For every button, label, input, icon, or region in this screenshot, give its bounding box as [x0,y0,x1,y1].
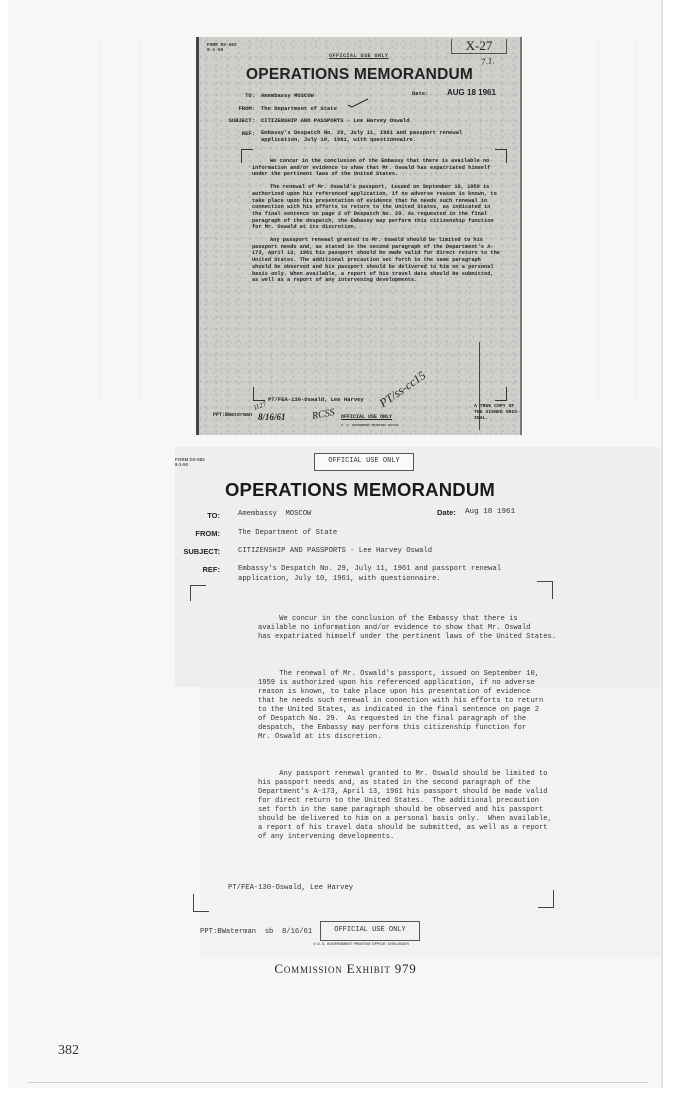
from-label: FROM: [160,529,220,538]
paragraph: We concur in the conclusion of the Embas… [252,158,500,178]
paragraph: The renewal of Mr. Oswald's passport, is… [252,184,500,231]
paragraph: The renewal of Mr. Oswald's passport, is… [258,670,558,743]
subject-value: CITIZENSHIP AND PASSPORTS - Lee Harvey O… [261,117,410,124]
to-label: TO: [209,92,255,99]
form-number: FORM DS-682 8-1-50 [207,43,237,53]
page-number: 382 [58,1043,79,1059]
corner-mark [193,894,209,912]
from-value: The Department of State [238,528,337,538]
date-value: Aug 18 1961 [465,508,515,516]
bleed-through-line [636,40,637,400]
bleed-through-line [140,40,141,400]
corner-mark [538,890,554,908]
classification-header: OFFICIAL USE ONLY [329,53,389,59]
paragraph: We concur in the conclusion of the Embas… [258,615,558,642]
gpo-line: ☆ U. S. GOVERNMENT PRINTING OFFICE: 1959… [313,942,409,946]
gpo-line: U. S. GOVERNMENT PRINTING OFFICE [341,424,399,427]
classification-footer: OFFICIAL USE ONLY [320,921,420,941]
bleed-through-line [598,40,599,400]
date-stamp: AUG 18 1961 [447,88,496,97]
form-number: FORM DS-682 8-1-50 [175,457,205,467]
checkmark-icon [347,98,369,108]
photocopy-memo: FORM DS-682 8-1-50 OFFICIAL USE ONLY X-2… [196,37,522,435]
subject-label: SUBJECT: [160,547,220,556]
ref-value: Embassy's Despatch No. 29, July 11, 1961… [261,129,462,143]
memo-title: OPERATIONS MEMORANDUM [160,479,560,501]
ref-value: Embassy's Despatch No. 29, July 11, 1961… [238,564,501,584]
retyped-memo: FORM DS-682 8-1-50 OFFICIAL USE ONLY OPE… [160,445,560,925]
memo-title: OPERATIONS MEMORANDUM [199,66,520,84]
drafter-date: 8/16/61 [258,412,286,422]
date-label: Date: [437,508,456,517]
page-bottom-rule [28,1082,648,1083]
file-reference: PT/FEA-130-Oswald, Lee Harvey [268,396,364,403]
exhibit-caption: Commission Exhibit 979 [0,961,691,977]
handwritten-note: PT/ss-cc15 [377,368,429,411]
classification-header: OFFICIAL USE ONLY [314,453,414,471]
exhibit-mark: X-27 [451,39,507,54]
paragraph: Any passport renewal granted to Mr. Oswa… [258,770,558,843]
handwritten-note: 1127 [252,400,267,412]
corner-mark [190,585,206,601]
from-value: The Department of State [261,105,337,112]
drafter-line: PPT:BWaterman 8/16/61 [213,412,252,418]
corner-mark [253,387,265,401]
handwritten-note: RCSS [311,407,335,422]
paragraph: Any passport renewal granted to Mr. Oswa… [252,237,500,284]
memo-body: We concur in the conclusion of the Embas… [252,158,500,290]
ref-label: REF: [160,565,220,574]
to-label: TO: [160,511,220,520]
drafter-line: PPT:BWaterman sb 8/16/61 [200,928,312,936]
corner-mark [495,387,507,401]
memo-body: We concur in the conclusion of the Embas… [258,597,558,870]
date-label: Date: [412,90,429,97]
drafter: PPT:BWaterman [213,412,252,418]
ref-label: REF: [209,130,255,137]
subject-label: SUBJECT: [209,117,255,124]
classification-footer: OFFICIAL USE ONLY [341,414,392,420]
file-reference: PT/FEA-130-Oswald, Lee Harvey [228,884,353,892]
from-label: FROM: [209,105,255,112]
true-copy-stamp: A TRUE COPY OF THE SIGNED ORIG- INAL. [474,404,520,422]
subject-value: CITIZENSHIP AND PASSPORTS - Lee Harvey O… [238,546,432,556]
bleed-through-line [100,40,101,400]
to-value: Amembassy MOSCOW [238,509,311,519]
to-value: Amembassy MOSCOW [261,92,314,99]
